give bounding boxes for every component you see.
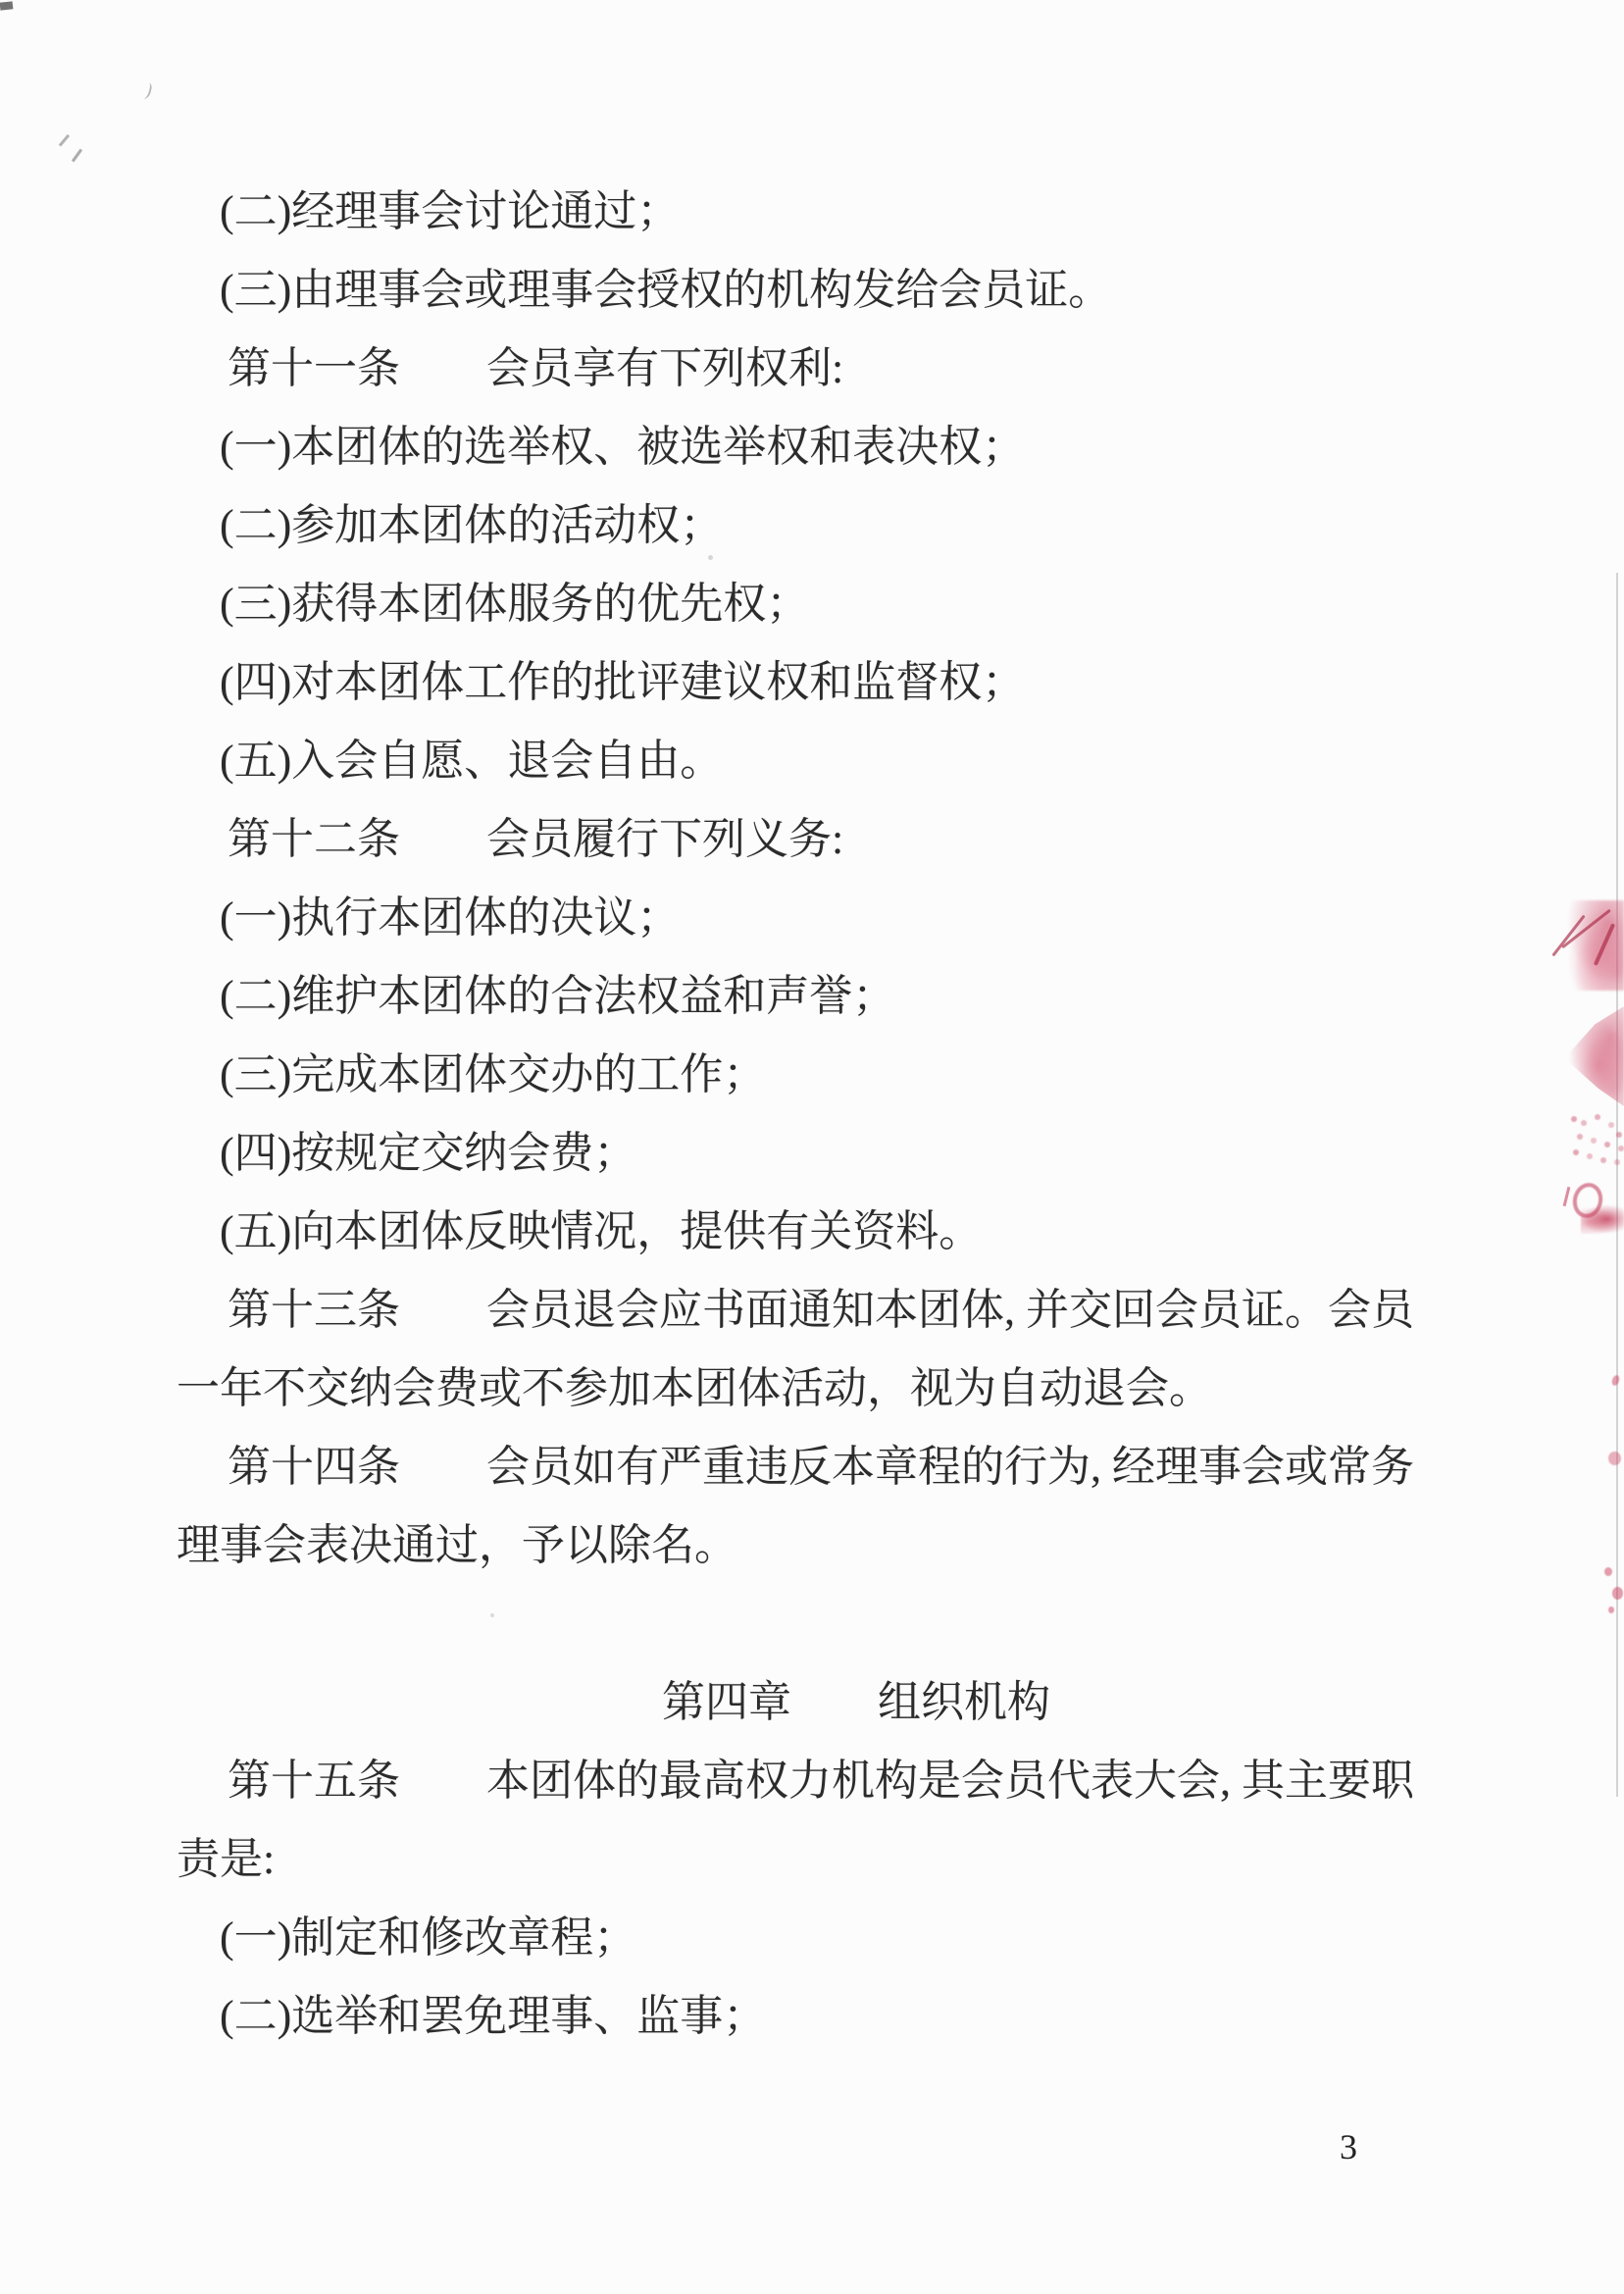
doc-line-article: 第十二条 会员履行下列义务: bbox=[177, 800, 1477, 879]
doc-line: (五)向本团体反映情况，提供有关资料。 bbox=[177, 1193, 1477, 1271]
doc-line: (一)制定和修改章程； bbox=[177, 1899, 1477, 1977]
doc-line: (三)获得本团体服务的优先权； bbox=[177, 565, 1477, 643]
doc-line: 理事会表决通过，予以除名。 bbox=[177, 1506, 1477, 1585]
scan-edge-line bbox=[1616, 573, 1618, 1797]
pencil-mark bbox=[59, 134, 70, 146]
stamp-fragment bbox=[1581, 1204, 1624, 1234]
doc-line-article: 第十一条 会员享有下列权利: bbox=[177, 330, 1477, 408]
pencil-mark bbox=[138, 81, 153, 100]
stamp-fragment bbox=[1561, 900, 1624, 991]
doc-line: (二)经理事会讨论通过； bbox=[177, 173, 1477, 251]
chapter-heading: 第四章 组织机构 bbox=[177, 1663, 1477, 1742]
stamp-speck bbox=[1612, 1587, 1623, 1600]
doc-line: (四)按规定交纳会费； bbox=[177, 1114, 1477, 1193]
doc-line-article: 第十三条 会员退会应书面通知本团体, 并交回会员证。会员 bbox=[177, 1271, 1477, 1350]
dust-speck bbox=[708, 555, 713, 560]
dust-speck bbox=[490, 1613, 494, 1617]
doc-line: (二)维护本团体的合法权益和声誉； bbox=[177, 957, 1477, 1036]
stamp-fragment bbox=[1563, 1187, 1571, 1206]
doc-line: (一)本团体的选举权、被选举权和表决权； bbox=[177, 408, 1477, 486]
doc-line: (三)由理事会或理事会授权的机构发给会员证。 bbox=[177, 251, 1477, 330]
doc-line-article: 第十五条 本团体的最高权力机构是会员代表大会, 其主要职 bbox=[177, 1742, 1477, 1820]
doc-line: (三)完成本团体交办的工作； bbox=[177, 1036, 1477, 1114]
doc-line: (五)入会自愿、退会自由。 bbox=[177, 722, 1477, 800]
stamp-speck bbox=[1604, 1567, 1612, 1576]
scanned-document-page: (二)经理事会讨论通过； (三)由理事会或理事会授权的机构发给会员证。 第十一条… bbox=[0, 0, 1624, 2294]
stamp-speck bbox=[1610, 1374, 1620, 1387]
doc-line: (一)执行本团体的决议； bbox=[177, 879, 1477, 957]
stamp-fragment bbox=[1559, 1006, 1624, 1106]
pencil-mark bbox=[72, 149, 82, 163]
stamp-fragment bbox=[1571, 1116, 1577, 1122]
page-number: 3 bbox=[1340, 2126, 1357, 2167]
doc-line-article: 第十四条 会员如有严重违反本章程的行为, 经理事会或常务 bbox=[177, 1428, 1477, 1506]
scan-corner-mark bbox=[0, 1, 13, 10]
stamp-speck bbox=[1608, 1606, 1614, 1613]
doc-line: (二)选举和罢免理事、监事； bbox=[177, 1977, 1477, 2056]
document-body: (二)经理事会讨论通过； (三)由理事会或理事会授权的机构发给会员证。 第十一条… bbox=[177, 173, 1477, 2056]
doc-line: (二)参加本团体的活动权； bbox=[177, 486, 1477, 565]
doc-line: 责是: bbox=[177, 1820, 1477, 1899]
doc-line: 一年不交纳会费或不参加本团体活动，视为自动退会。 bbox=[177, 1350, 1477, 1428]
stamp-speck bbox=[1608, 1452, 1621, 1465]
doc-line: (四)对本团体工作的批评建议权和监督权； bbox=[177, 643, 1477, 722]
